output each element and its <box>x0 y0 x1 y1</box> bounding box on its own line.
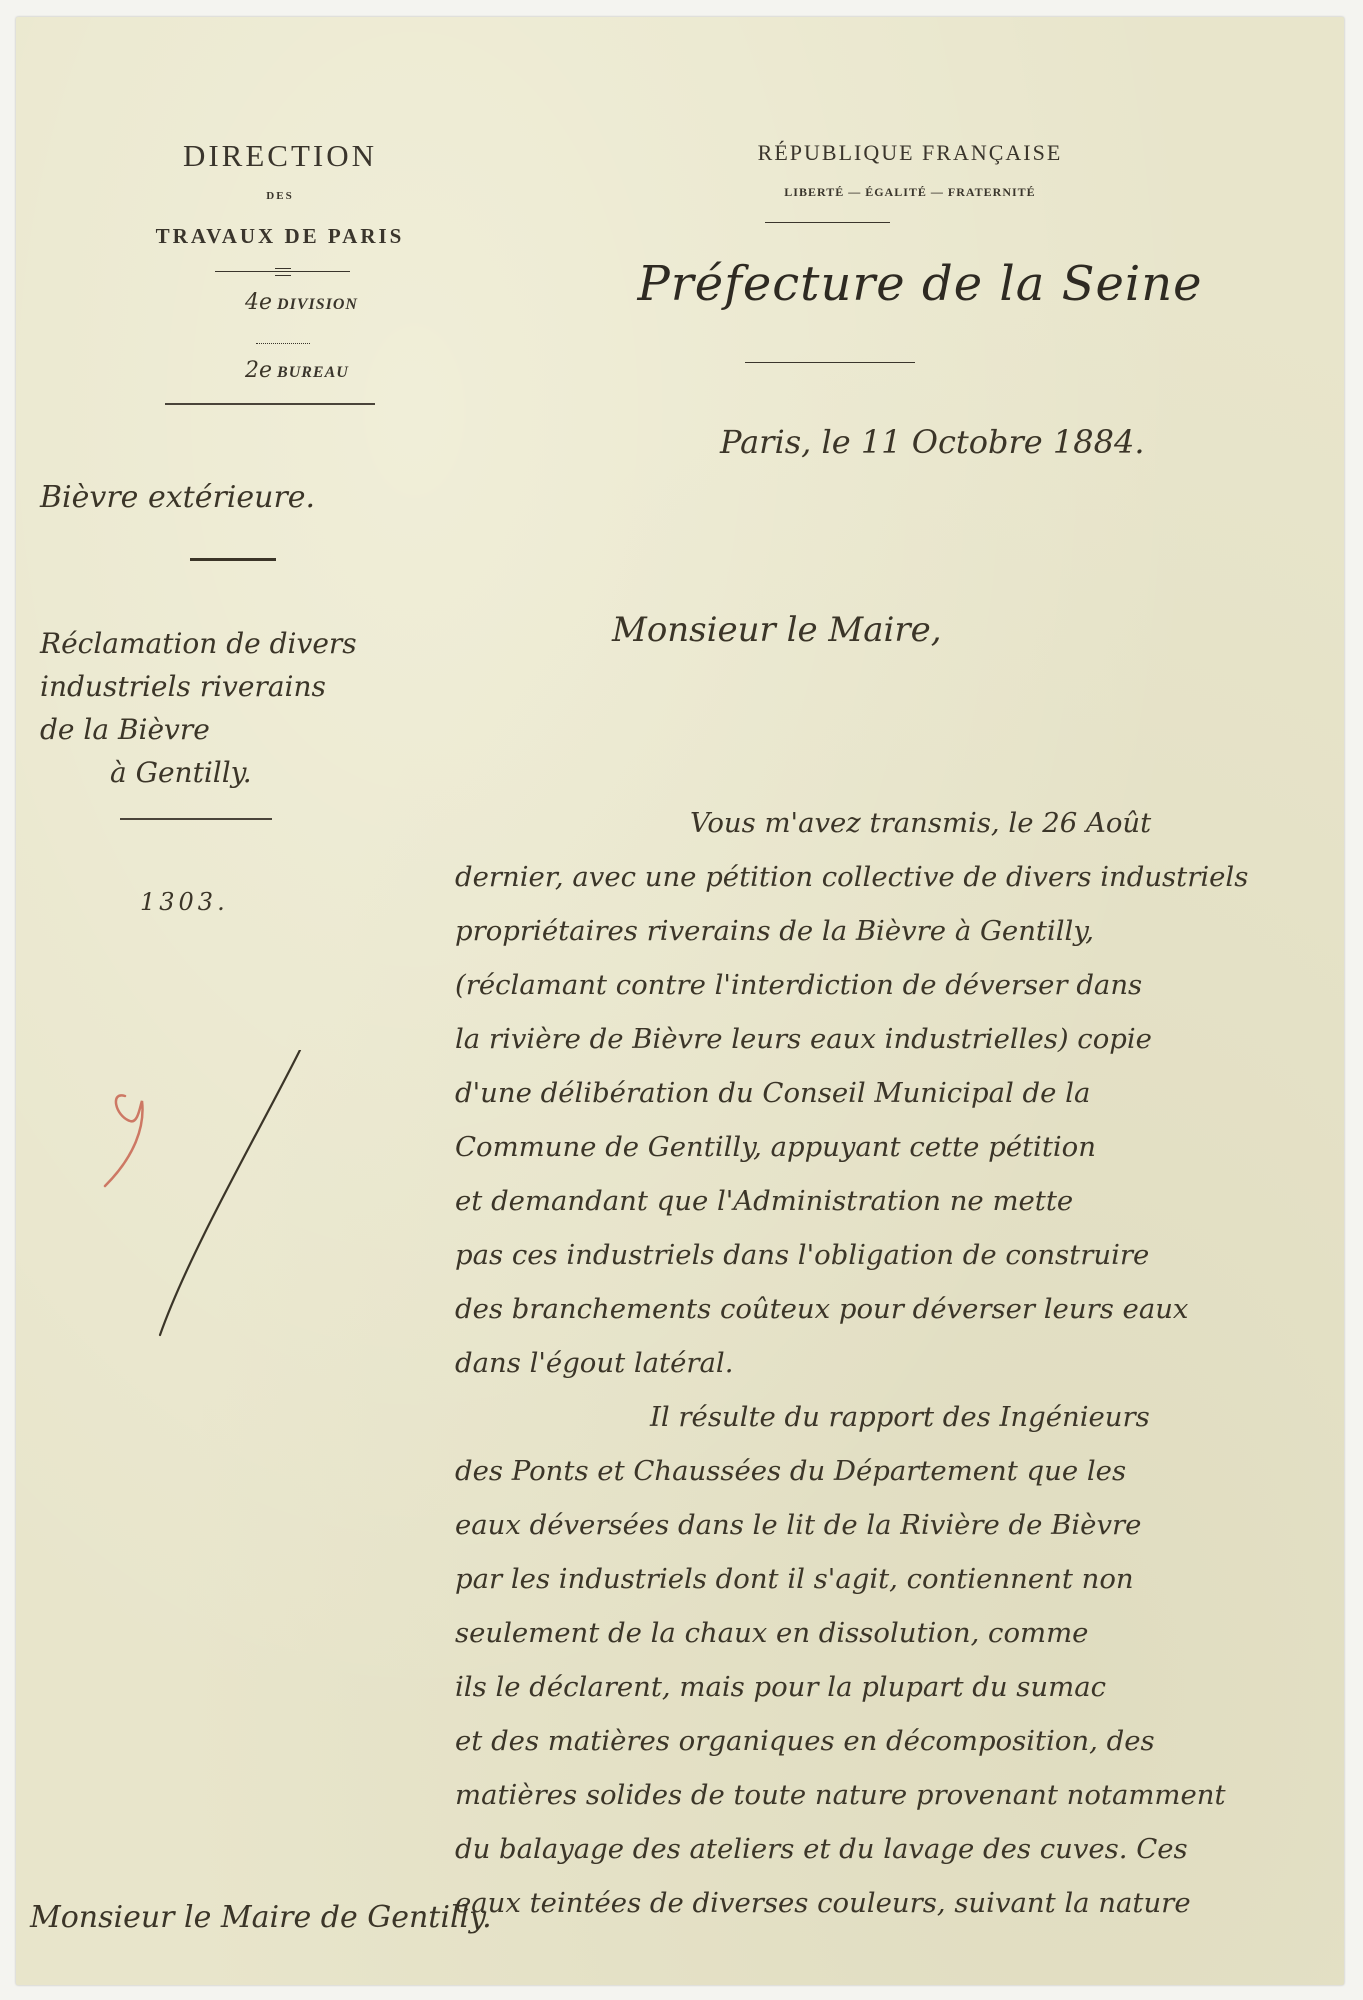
body-line: pas ces industriels dans l'obligation de… <box>455 1228 1345 1282</box>
direction-subtitle: TRAVAUX DE PARIS <box>95 224 465 249</box>
body-line: des branchements coûteux pour déverser l… <box>455 1282 1345 1336</box>
reference-number: 1303. <box>140 888 340 916</box>
place-date: Paris, le 11 Octobre 1884. <box>720 423 1280 461</box>
summary-line: industriels riverains <box>40 665 400 708</box>
motto: LIBERTÉ — ÉGALITÉ — FRATERNITÉ <box>650 185 1170 200</box>
letter-body: Vous m'avez transmis, le 26 Août dernier… <box>455 796 1345 1930</box>
body-line: dernier, avec une pétition collective de… <box>455 850 1345 904</box>
body-line: Vous m'avez transmis, le 26 Août <box>455 796 1345 850</box>
prefecture-title: Préfecture de la Seine <box>600 256 1240 312</box>
body-line: (réclamant contre l'interdiction de déve… <box>455 958 1345 1012</box>
wavy-divider <box>256 343 310 346</box>
salutation: Monsieur le Maire, <box>612 610 1112 650</box>
body-line: la rivière de Bièvre leurs eaux industri… <box>455 1012 1345 1066</box>
body-line: des Ponts et Chaussées du Département qu… <box>455 1444 1345 1498</box>
body-line: et des matières organiques en décomposit… <box>455 1714 1345 1768</box>
body-line: propriétaires riverains de la Bièvre à G… <box>455 904 1345 958</box>
body-line: par les industriels dont il s'agit, cont… <box>455 1552 1345 1606</box>
bureau-label: BUREAU <box>277 364 349 381</box>
body-line: du balayage des ateliers et du lavage de… <box>455 1822 1345 1876</box>
body-line: Il résulte du rapport des Ingénieurs <box>455 1390 1345 1444</box>
margin-rule-2 <box>120 818 272 820</box>
body-line: matières solides de toute nature provena… <box>455 1768 1345 1822</box>
addressee: Monsieur le Maire de Gentilly. <box>30 1900 730 1935</box>
summary-line: à Gentilly. <box>40 751 400 794</box>
diagonal-stroke-icon <box>150 1050 310 1340</box>
margin-subject: Bièvre extérieure. <box>40 480 400 515</box>
bureau-line: 2e BUREAU <box>245 358 465 383</box>
body-line: eaux déversées dans le lit de la Rivière… <box>455 1498 1345 1552</box>
direction-title: DIRECTION <box>130 138 430 174</box>
margin-summary: Réclamation de divers industriels rivera… <box>40 622 400 794</box>
summary-line: de la Bièvre <box>40 708 400 751</box>
body-line: dans l'égout latéral. <box>455 1336 1345 1390</box>
margin-rule <box>190 558 276 561</box>
division-number: 4e <box>245 290 272 315</box>
division-label: DIVISION <box>277 296 358 313</box>
body-line: d'une délibération du Conseil Municipal … <box>455 1066 1345 1120</box>
ornament-divider <box>215 271 350 272</box>
republic-heading: RÉPUBLIQUE FRANÇAISE <box>650 140 1170 166</box>
summary-line: Réclamation de divers <box>40 622 400 665</box>
body-line: Commune de Gentilly, appuyant cette péti… <box>455 1120 1345 1174</box>
direction-des: DES <box>130 190 430 202</box>
ornament-divider-right <box>765 222 890 223</box>
division-line: 4e DIVISION <box>245 290 465 315</box>
ornament-divider-right-2 <box>745 362 915 363</box>
bureau-number: 2e <box>245 358 272 383</box>
header-rule <box>165 403 375 405</box>
body-line: ils le déclarent, mais pour la plupart d… <box>455 1660 1345 1714</box>
body-line: et demandant que l'Administration ne met… <box>455 1174 1345 1228</box>
body-line: seulement de la chaux en dissolution, co… <box>455 1606 1345 1660</box>
